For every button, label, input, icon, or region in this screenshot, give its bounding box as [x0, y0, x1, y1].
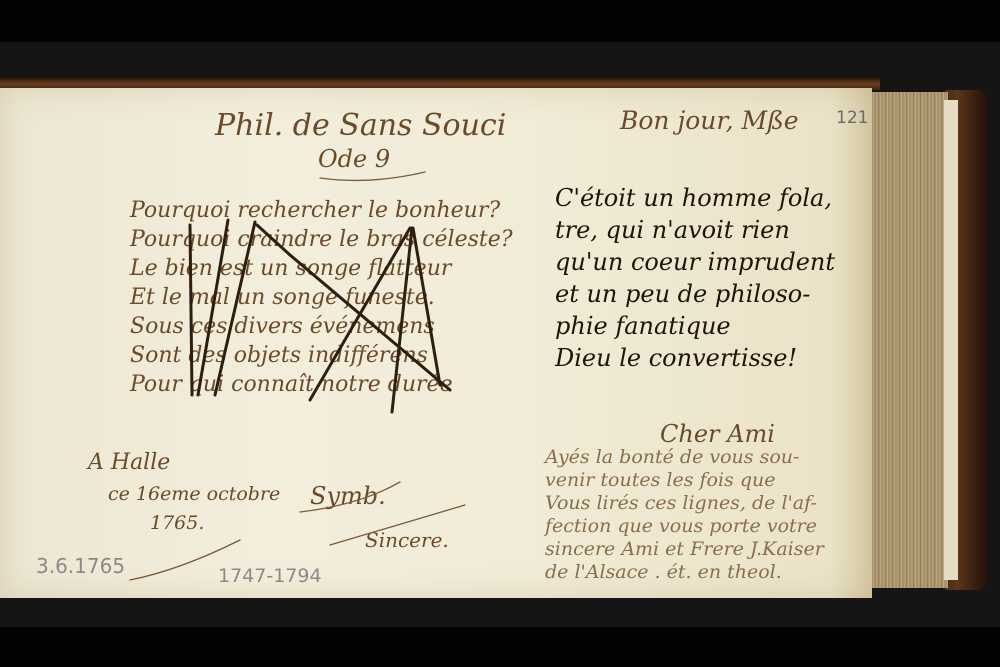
poem-line: Pour qui connaît notre durée [130, 370, 513, 399]
left-entry-date: ce 16eme octobre [108, 483, 280, 505]
letter-line: Vous lirés ces lignes, de l'af- [545, 492, 824, 515]
verse-line: et un peu de philoso- [555, 278, 835, 310]
verse-line: Dieu le convertisse! [555, 342, 835, 374]
pencil-annotation-years: 1747-1794 [218, 565, 322, 587]
letter-line: fection que vous porte votre [545, 515, 824, 538]
verse-line: tre, qui n'avoit rien [555, 214, 835, 246]
folio-number: 121 [836, 108, 868, 128]
letter-body: Ayés la bonté de vous sou- venir toutes … [545, 446, 824, 584]
poem-line: Pourquoi craindre le bras céleste? [130, 225, 513, 254]
letter-line: sincere Ami et Frere J.Kaiser [545, 538, 824, 561]
verse-line: qu'un coeur imprudent [555, 246, 835, 278]
left-entry-motto: Sincere. [365, 528, 449, 552]
left-entry-title: Phil. de Sans Souci [215, 108, 506, 143]
left-entry-poem: Pourquoi rechercher le bonheur? Pourquoi… [130, 196, 513, 399]
page-fore-edge [866, 92, 948, 588]
left-entry-year: 1765. [150, 512, 204, 534]
poem-line: Et le mal un songe funeste. [130, 283, 513, 312]
poem-line: Pourquoi rechercher le bonheur? [130, 196, 513, 225]
pencil-annotation-date: 3.6.1765 [36, 554, 125, 578]
letter-salutation: Cher Ami [660, 420, 775, 448]
right-entry-verse: C'étoit un homme fola, tre, qui n'avoit … [555, 182, 835, 374]
left-entry-subtitle: Ode 9 [318, 145, 390, 173]
letter-line: Ayés la bonté de vous sou- [545, 446, 824, 469]
verse-line: phie fanatique [555, 310, 835, 342]
left-entry-symbol-label: Symb. [310, 482, 386, 510]
poem-line: Sont des objets indifférens [130, 341, 513, 370]
letter-line: de l'Alsace . ét. en theol. [545, 561, 824, 584]
page-fore-edge-flap [944, 100, 958, 580]
left-entry-place: A Halle [88, 448, 170, 478]
verse-line: C'étoit un homme fola, [555, 182, 835, 214]
poem-line: Le bien est un songe flatteur [130, 254, 513, 283]
letter-line: venir toutes les fois que [545, 469, 824, 492]
right-entry-greeting: Bon jour, Mße [620, 106, 799, 135]
poem-line: Sous ces divers événemens [130, 312, 513, 341]
